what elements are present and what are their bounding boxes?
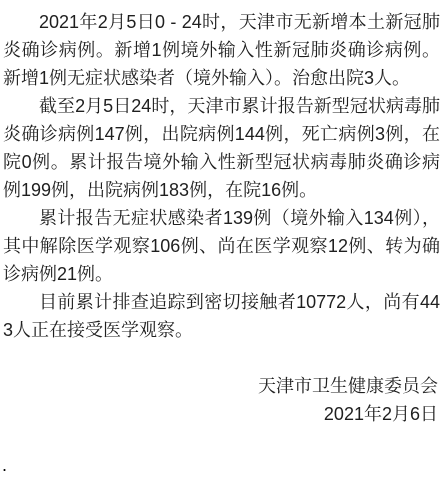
signature-date: 2021年2月6日 [3, 400, 438, 428]
paragraph-asymptomatic-cases: 累计报告无症状感染者139例（境外输入134例），其中解除医学观察106例、尚在… [3, 204, 440, 288]
paragraph-daily-new-cases: 2021年2月5日0 - 24时，天津市无新增本土新冠肺炎确诊病例。新增1例境外… [3, 8, 440, 92]
signature-issuer: 天津市卫生健康委员会 [3, 372, 438, 400]
paragraph-cumulative-confirmed: 截至2月5日24时，天津市累计报告新型冠状病毒肺炎确诊病例147例，出院病例14… [3, 92, 440, 204]
announcement-document: 2021年2月5日0 - 24时，天津市无新增本土新冠肺炎确诊病例。新增1例境外… [0, 0, 445, 481]
stray-dot: . [2, 456, 7, 474]
paragraph-close-contacts: 目前累计排查追踪到密切接触者10772人，尚有443人正在接受医学观察。 [3, 288, 440, 344]
signature-block: 天津市卫生健康委员会 2021年2月6日 [3, 372, 440, 428]
